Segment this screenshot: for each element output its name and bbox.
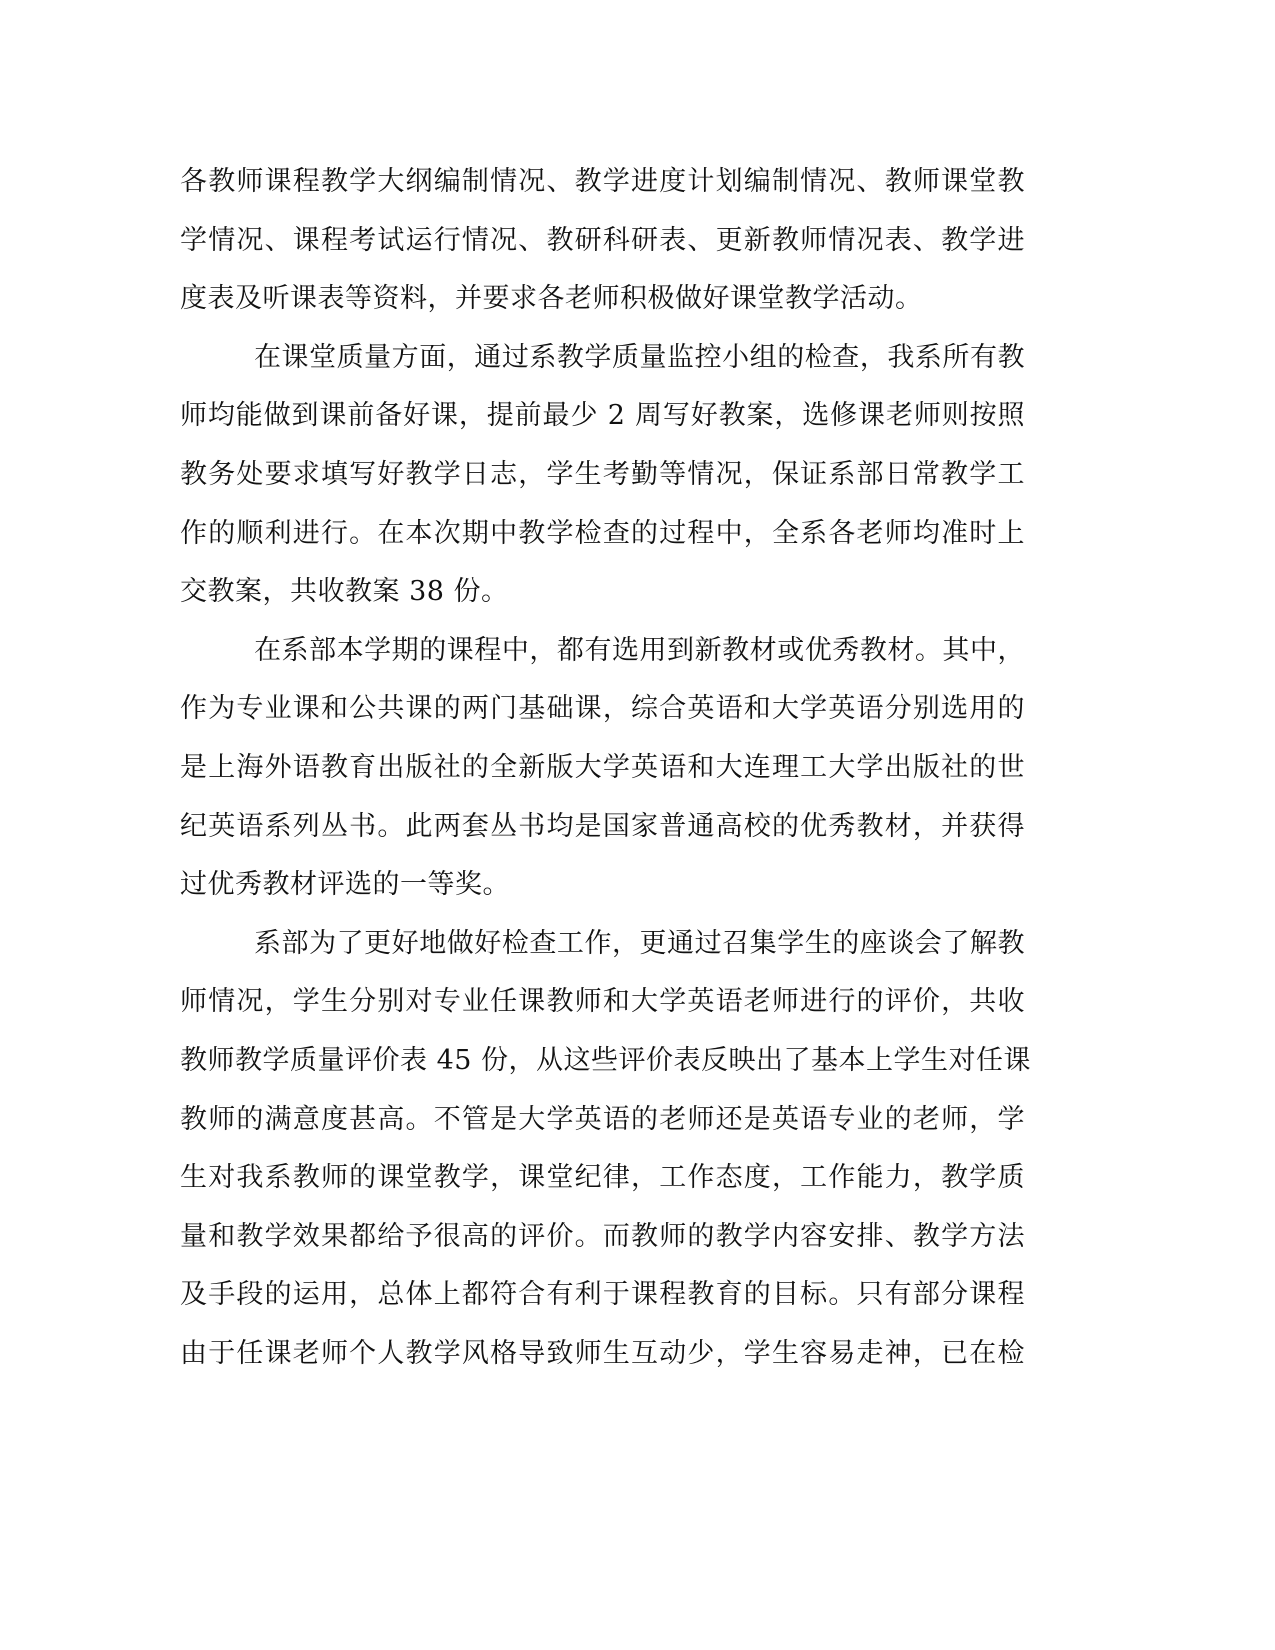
text-line: 是上海外语教育出版社的全新版大学英语和大连理工大学出版社的世: [180, 746, 1025, 805]
text-line: 教师教学质量评价表 45 份，从这些评价表反映出了基本上学生对任课: [180, 1039, 1025, 1098]
text-line: 过优秀教材评选的一等奖。: [180, 863, 1025, 922]
text-line: 在系部本学期的课程中，都有选用到新教材或优秀教材。其中，: [180, 629, 1025, 688]
text-line: 师均能做到课前备好课，提前最少 2 周写好教案，选修课老师则按照: [180, 394, 1025, 453]
text-line: 教师的满意度甚高。不管是大学英语的老师还是英语专业的老师，学: [180, 1098, 1025, 1157]
text-line: 师情况，学生分别对专业任课教师和大学英语老师进行的评价，共收: [180, 980, 1025, 1039]
text-line: 度表及听课表等资料，并要求各老师积极做好课堂教学活动。: [180, 277, 1025, 336]
paragraph: 各教师课程教学大纲编制情况、教学进度计划编制情况、教师课堂教 学情况、课程考试运…: [180, 160, 1025, 336]
document-body: 各教师课程教学大纲编制情况、教学进度计划编制情况、教师课堂教 学情况、课程考试运…: [180, 160, 1025, 1390]
document-page: 各教师课程教学大纲编制情况、教学进度计划编制情况、教师课堂教 学情况、课程考试运…: [0, 0, 1275, 1650]
text-line: 生对我系教师的课堂教学，课堂纪律，工作态度，工作能力，教学质: [180, 1156, 1025, 1215]
text-line: 系部为了更好地做好检查工作，更通过召集学生的座谈会了解教: [180, 922, 1025, 981]
paragraph: 在课堂质量方面，通过系教学质量监控小组的检查，我系所有教 师均能做到课前备好课，…: [180, 336, 1025, 629]
text-line: 各教师课程教学大纲编制情况、教学进度计划编制情况、教师课堂教: [180, 160, 1025, 219]
text-line: 在课堂质量方面，通过系教学质量监控小组的检查，我系所有教: [180, 336, 1025, 395]
text-line: 作为专业课和公共课的两门基础课，综合英语和大学英语分别选用的: [180, 687, 1025, 746]
text-line: 教务处要求填写好教学日志，学生考勤等情况，保证系部日常教学工: [180, 453, 1025, 512]
text-line: 及手段的运用，总体上都符合有利于课程教育的目标。只有部分课程: [180, 1273, 1025, 1332]
text-line: 作的顺利进行。在本次期中教学检查的过程中，全系各老师均准时上: [180, 512, 1025, 571]
text-line: 量和教学效果都给予很高的评价。而教师的教学内容安排、教学方法: [180, 1215, 1025, 1274]
text-line: 纪英语系列丛书。此两套丛书均是国家普通高校的优秀教材，并获得: [180, 805, 1025, 864]
text-line: 学情况、课程考试运行情况、教研科研表、更新教师情况表、教学进: [180, 219, 1025, 278]
paragraph: 在系部本学期的课程中，都有选用到新教材或优秀教材。其中， 作为专业课和公共课的两…: [180, 629, 1025, 922]
text-line: 交教案，共收教案 38 份。: [180, 570, 1025, 629]
text-line: 由于任课老师个人教学风格导致师生互动少，学生容易走神，已在检: [180, 1332, 1025, 1391]
paragraph: 系部为了更好地做好检查工作，更通过召集学生的座谈会了解教 师情况，学生分别对专业…: [180, 922, 1025, 1391]
